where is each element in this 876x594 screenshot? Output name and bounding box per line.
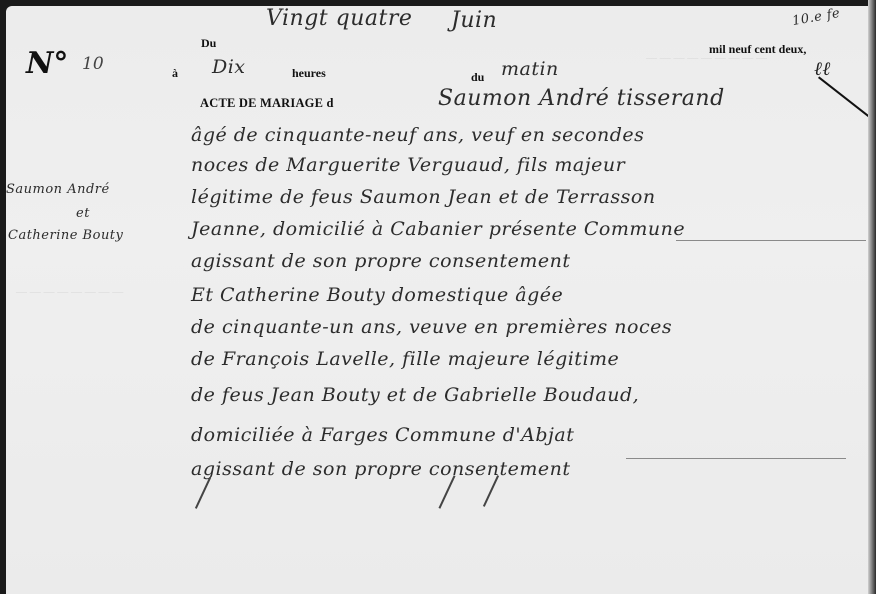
entry-number-label: N° (26, 46, 68, 81)
printed-du-time: du (471, 70, 484, 85)
body-line-2: âgé de cinquante-neuf ans, veuf en secon… (191, 124, 644, 146)
underline-rule (626, 458, 846, 459)
printed-a: à (172, 66, 178, 81)
body-line-3: noces de Marguerite Verguaud, fils majeu… (191, 154, 625, 176)
signature-flourish: ℓℓ (814, 58, 831, 81)
printed-du: Du (201, 36, 216, 51)
time-hour: Dix (212, 56, 246, 78)
body-line-9: de François Lavelle, fille majeure légit… (191, 348, 619, 370)
date-month: Juin (451, 8, 497, 33)
entry-number-value: 10 (82, 54, 104, 74)
corner-annotation: 10.e fe (791, 6, 841, 29)
body-line-6: agissant de son propre consentement (191, 250, 571, 272)
date-day: Vingt quatre (266, 6, 412, 31)
scan-edge (868, 0, 876, 594)
printed-heures: heures (292, 66, 326, 81)
descender-stroke (438, 475, 455, 508)
body-line-1: Saumon André tisserand (438, 86, 725, 111)
acte-title: ACTE DE MARIAGE d (200, 96, 334, 111)
underline-rule (676, 240, 866, 241)
body-line-4: légitime de feus Saumon Jean et de Terra… (191, 186, 656, 208)
printed-year: mil neuf cent deux, (709, 42, 806, 57)
descender-stroke (195, 477, 211, 509)
bleed-through-text: — — — — — — — — (16, 286, 123, 298)
time-period: matin (501, 58, 559, 80)
body-line-7: Et Catherine Bouty domestique âgée (191, 284, 563, 306)
signature-stroke (818, 76, 874, 121)
register-page: — — — — — — — — — — — — — — — — — N° 10 … (6, 6, 868, 594)
body-line-10: de feus Jean Bouty et de Gabrielle Bouda… (191, 384, 639, 406)
body-line-5: Jeanne, domicilié à Cabanier présente Co… (191, 218, 685, 240)
margin-bride-name: Catherine Bouty (8, 228, 123, 243)
body-line-11: domiciliée à Farges Commune d'Abjat (191, 424, 574, 446)
margin-groom-name: Saumon André (6, 182, 110, 197)
margin-et: et (76, 206, 90, 221)
body-line-12: agissant de son propre consentement (191, 458, 571, 480)
body-line-8: de cinquante-un ans, veuve en premières … (191, 316, 672, 338)
